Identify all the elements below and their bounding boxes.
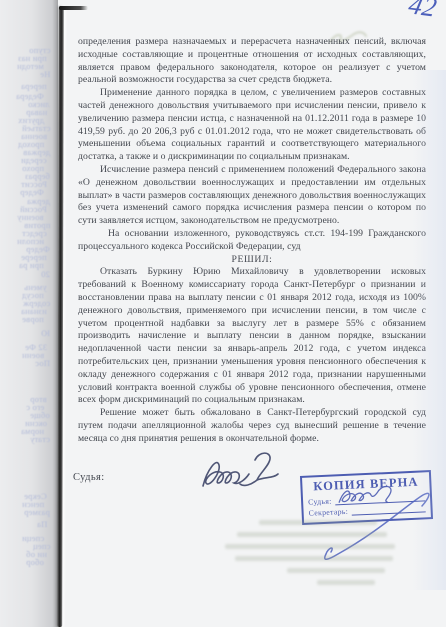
body-paragraph: Исчисление размера пенсий с применением … — [78, 164, 426, 228]
body-paragraph: определения размера назначаемых и перера… — [78, 36, 426, 87]
decision-text: определения размера назначаемых и перера… — [78, 36, 426, 446]
scanned-court-decision-page: ступопри назметоднНеперераФедералисконав… — [0, 0, 446, 627]
bleedthrough-text-fragment: Па — [37, 520, 47, 528]
bleedthrough-text-fragment: размер — [24, 508, 50, 516]
judge-signature — [197, 448, 293, 498]
bleedthrough-text-fragment: порве — [22, 315, 44, 323]
judge-label: Судья: — [73, 472, 105, 483]
body-paragraph: Решение может быть обжаловано в Санкт-Пе… — [78, 407, 426, 445]
bleedthrough-text-fragment: Ю — [41, 329, 50, 337]
bleedthrough-text-fragment: 20 — [41, 270, 50, 278]
bleedthrough-artifact — [225, 520, 405, 592]
body-paragraph: Применение данного порядка в целом, с ув… — [78, 87, 426, 164]
page-fold-edge — [57, 6, 64, 627]
left-margin-bleedthrough: ступопри назметоднНеперераФедералисконав… — [0, 0, 58, 627]
bleedthrough-text-fragment: обор — [26, 558, 44, 566]
body-paragraph: Отказать Буркину Юрию Михайловичу в удов… — [78, 266, 426, 407]
body-paragraph: На основании изложенного, руководствуясь… — [78, 228, 426, 254]
scan-light-band — [412, 70, 446, 590]
bleedthrough-text-fragment: Федер — [20, 188, 44, 196]
bleedthrough-text-fragment: Не — [40, 70, 50, 78]
bleedthrough-text-fragment: Пос — [35, 359, 50, 367]
page-fold-edge-top — [59, 6, 88, 10]
decision-heading: РЕШИЛ: — [78, 254, 426, 267]
stamp-judge-label: Судья: — [308, 496, 332, 506]
bleedthrough-text-fragment: стату — [30, 435, 50, 443]
stamp-judge-signature — [334, 482, 413, 510]
bleedthrough-text-fragment: при ра — [19, 261, 44, 269]
handwritten-page-number: 42 — [406, 0, 440, 23]
bleedthrough-text-fragment: перера — [21, 82, 47, 90]
